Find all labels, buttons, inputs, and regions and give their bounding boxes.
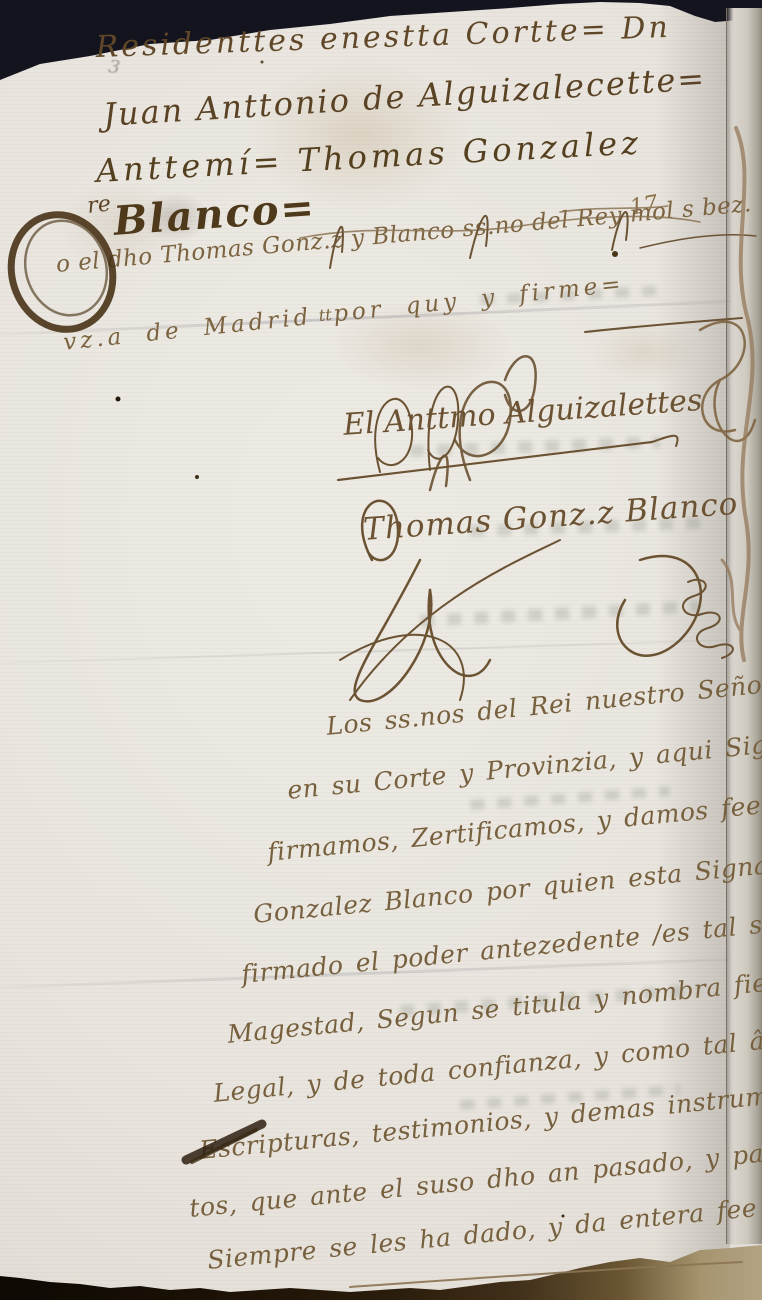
header-superscript: re [86,192,112,219]
header-line-1: Residenttes enestta Cortte= Dn [95,10,671,65]
manuscript-photo: { "document": { "folio_mark": "3", "page… [0,0,762,1300]
ink-layer: 3 Residenttes enestta Cortte= Dn Juan An… [0,0,762,1300]
body-line-1: Los ss.nos del Rei nuestro Señor, que re… [325,649,762,741]
header-line-6: vz.a de Madrid por quy y firme= [62,271,626,356]
signature-alguizalette: El Anttmo Alguizalettes [342,383,703,443]
right-margin-ornament [700,322,755,441]
bottom-rule [350,1262,742,1287]
header-line-3: Anttemí= Thomas Gonzalez [95,123,643,190]
signature-gonzalez-blanco: Thomas Gonz.z Blanco [362,486,739,548]
header-line-2: Juan Anttonio de Alguizalecette= [102,59,707,134]
